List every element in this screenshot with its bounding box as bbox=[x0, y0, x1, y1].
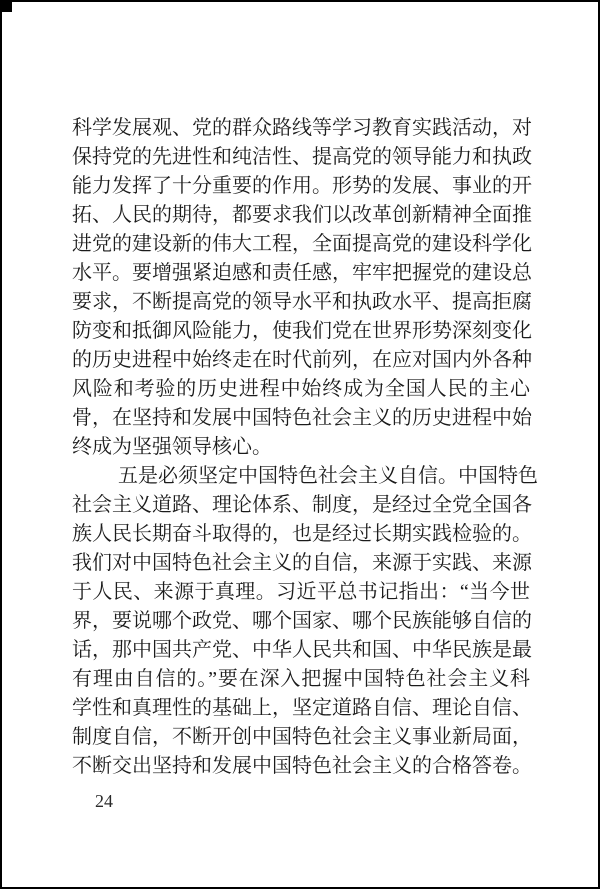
text-line: 科学发展观、党的群众路线等学习教育实践活动，对 bbox=[72, 114, 530, 143]
text-line: 终成为坚强领导核心。 bbox=[72, 433, 530, 462]
text-line: 不断交出坚持和发展中国特色社会主义的合格答卷。 bbox=[72, 752, 530, 781]
text-line: 保持党的先进性和纯洁性、提高党的领导能力和执政 bbox=[72, 143, 530, 172]
text-line: 防变和抵御风险能力，使我们党在世界形势深刻变化 bbox=[72, 317, 530, 346]
body-text: 科学发展观、党的群众路线等学习教育实践活动，对保持党的先进性和纯洁性、提高党的领… bbox=[72, 114, 530, 781]
text-line: 族人民长期奋斗取得的，也是经过长期实践检验的。 bbox=[72, 520, 530, 549]
text-line: 风险和考验的历史进程中始终成为全国人民的主心 bbox=[72, 375, 530, 404]
text-line: 骨，在坚持和发展中国特色社会主义的历史进程中始 bbox=[72, 404, 530, 433]
text-line: 我们对中国特色社会主义的自信，来源于实践、来源 bbox=[72, 549, 530, 578]
text-line: 制度自信，不断开创中国特色社会主义事业新局面， bbox=[72, 723, 530, 752]
page-number: 24 bbox=[95, 791, 113, 812]
text-line: 进党的建设新的伟大工程，全面提高党的建设科学化 bbox=[72, 230, 530, 259]
text-line: 拓、人民的期待，都要求我们以改革创新精神全面推 bbox=[72, 201, 530, 230]
text-line: 学性和真理性的基础上，坚定道路自信、理论自信、 bbox=[72, 694, 530, 723]
text-line: 要求，不断提高党的领导水平和执政水平、提高拒腐 bbox=[72, 288, 530, 317]
text-line: 能力发挥了十分重要的作用。形势的发展、事业的开 bbox=[72, 172, 530, 201]
text-line: 水平。要增强紧迫感和责任感，牢牢把握党的建设总 bbox=[72, 259, 530, 288]
text-line: 的历史进程中始终走在时代前列，在应对国内外各种 bbox=[72, 346, 530, 375]
text-line: 五是必须坚定中国特色社会主义自信。中国特色 bbox=[72, 462, 530, 491]
text-line: 界，要说哪个政党、哪个国家、哪个民族能够自信的 bbox=[72, 607, 530, 636]
text-line: 话，那中国共产党、中华人民共和国、中华民族是最 bbox=[72, 636, 530, 665]
corner-mark bbox=[2, 2, 12, 12]
text-line: 社会主义道路、理论体系、制度，是经过全党全国各 bbox=[72, 491, 530, 520]
text-line: 于人民、来源于真理。习近平总书记指出：“当今世 bbox=[72, 578, 530, 607]
text-line: 有理由自信的。”要在深入把握中国特色社会主义科 bbox=[72, 665, 530, 694]
book-page: 科学发展观、党的群众路线等学习教育实践活动，对保持党的先进性和纯洁性、提高党的领… bbox=[0, 0, 600, 889]
